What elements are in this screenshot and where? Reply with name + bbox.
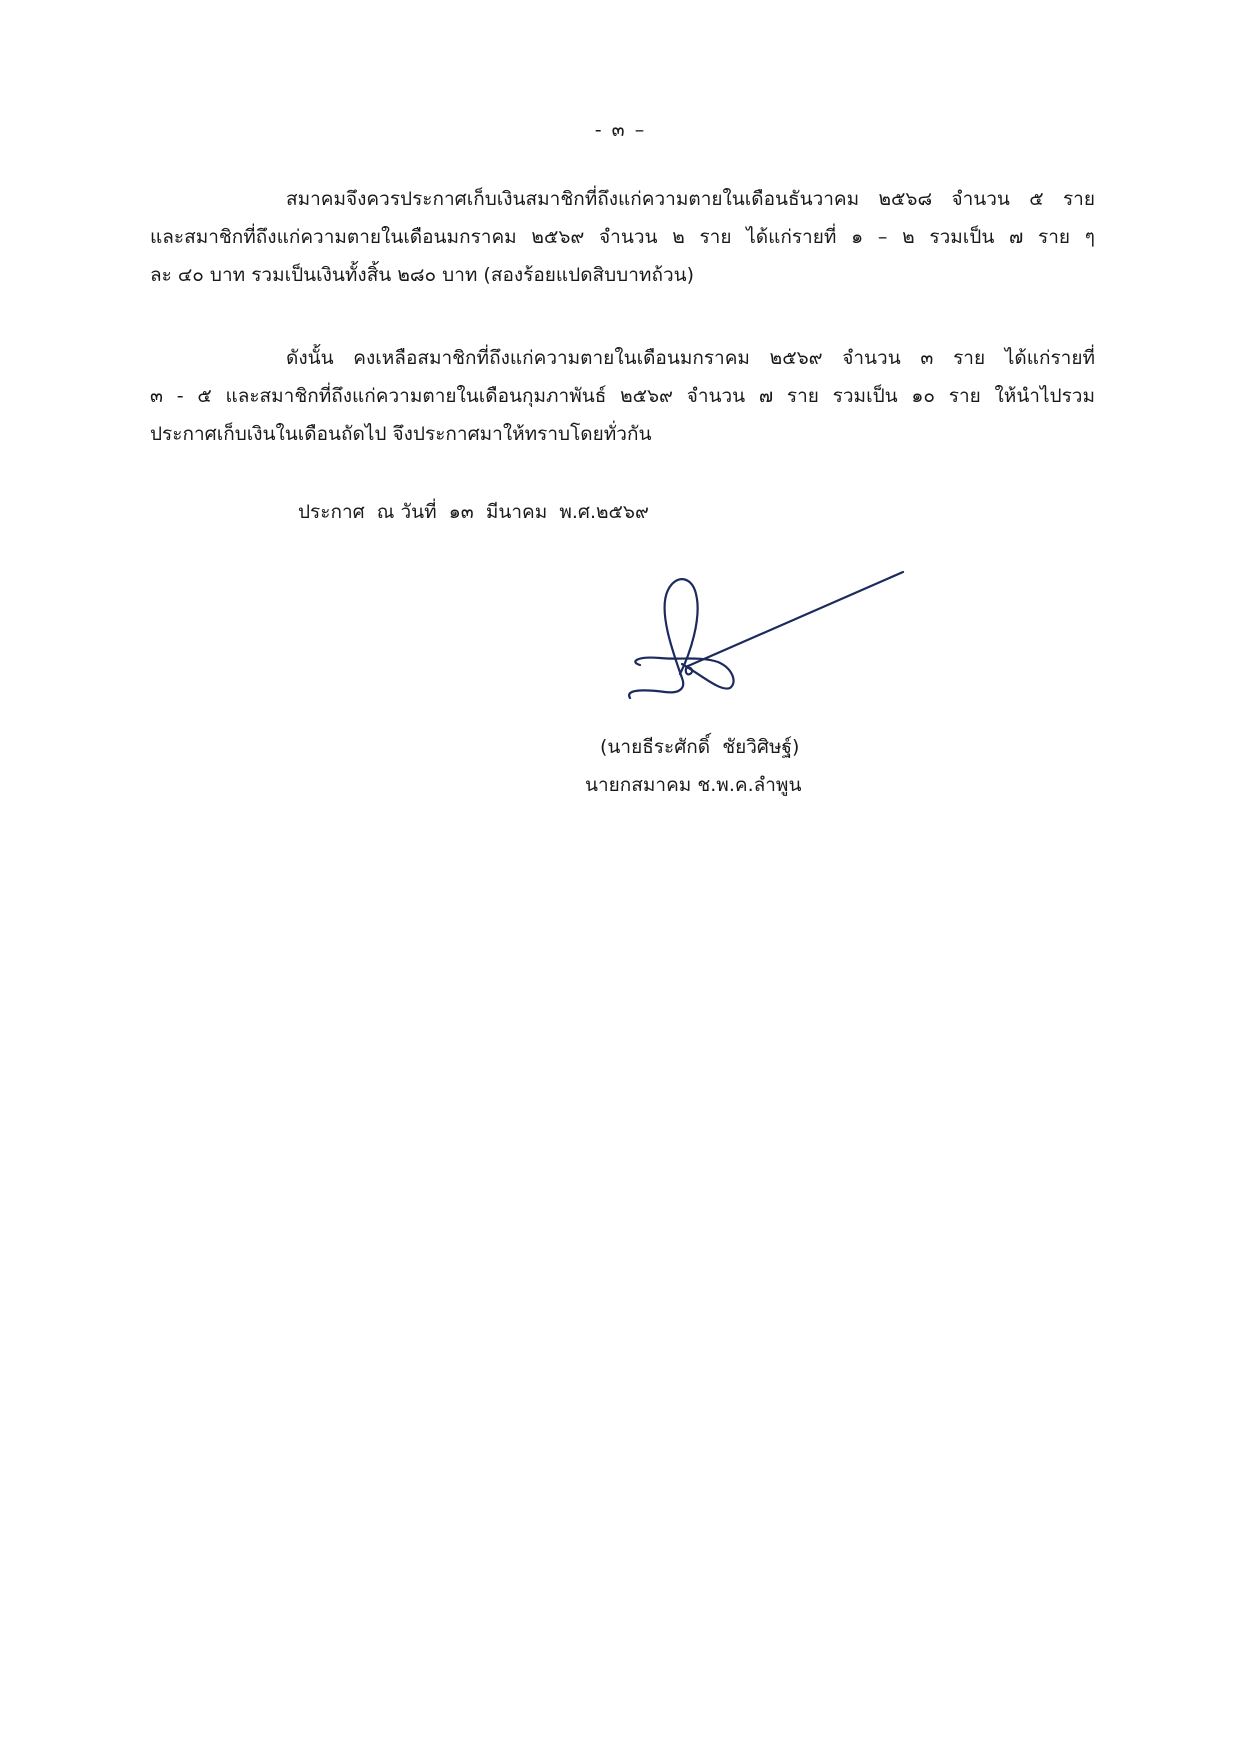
handwritten-signature-icon bbox=[620, 570, 920, 710]
announcement-date: ประกาศ ณ วันที่ ๑๓ มีนาคม พ.ศ.๒๕๖๙ bbox=[298, 497, 649, 527]
paragraph-line: สมาคมจึงควรประกาศเก็บเงินสมาชิกที่ถึงแก่… bbox=[286, 190, 1095, 209]
signer-name: (นายธีระศักดิ์ ชัยวิศิษฐ์) bbox=[600, 732, 799, 762]
paragraph-line: ดังนั้น คงเหลือสมาชิกที่ถึงแก่ความตายในเ… bbox=[286, 349, 1095, 368]
paragraph-line: ประกาศเก็บเงินในเดือนถัดไป จึงประกาศมาให… bbox=[150, 425, 1095, 444]
paragraph-line: และสมาชิกที่ถึงแก่ความตายในเดือนมกราคม ๒… bbox=[150, 228, 1095, 247]
signer-title: นายกสมาคม ช.พ.ค.ลำพูน bbox=[585, 770, 801, 800]
paragraph-line: ๓ - ๕ และสมาชิกที่ถึงแก่ความตายในเดือนกุ… bbox=[150, 387, 1095, 406]
page-number: - ๓ – bbox=[0, 115, 1241, 145]
paragraph-line: ละ ๔๐ บาท รวมเป็นเงินทั้งสิ้น ๒๘๐ บาท (ส… bbox=[150, 266, 1095, 285]
